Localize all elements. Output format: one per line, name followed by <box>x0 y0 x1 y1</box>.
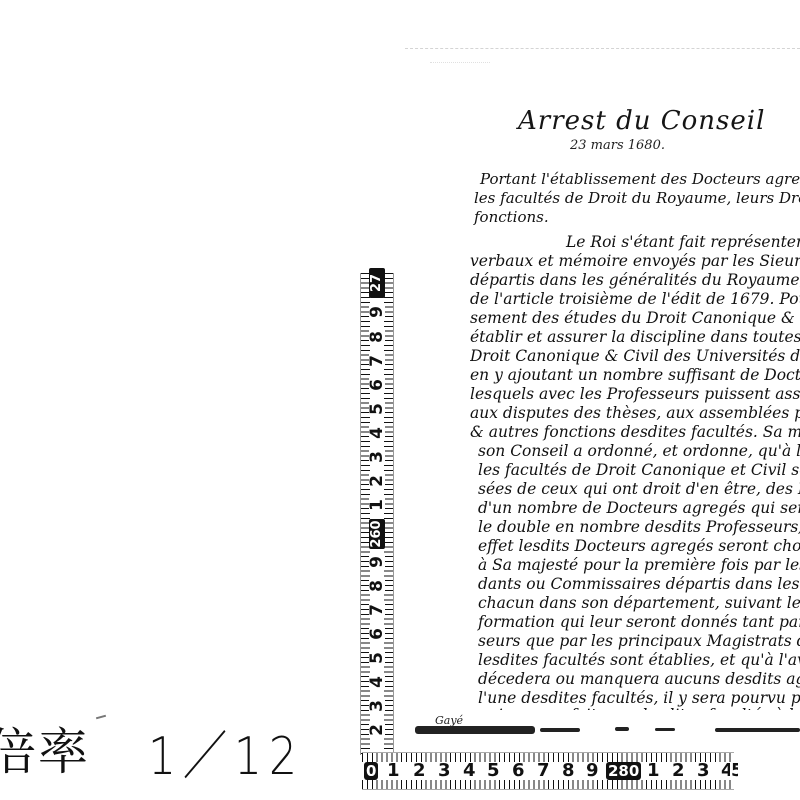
rubric-line: les facultés de Droit du Royaume, leurs … <box>474 189 800 207</box>
body-line: le double en nombre desdits Professeurs;… <box>478 518 800 536</box>
ruler-number: 4 <box>369 425 385 441</box>
ruler-number: 8 <box>369 578 385 594</box>
ruler-number: 2 <box>369 473 385 489</box>
scale-label: 倍率 <box>0 712 90 784</box>
ruler-number: 8 <box>369 329 385 345</box>
ruler-number: 9 <box>369 304 385 320</box>
body-line: l'une desdites facultés, il y sera pourv… <box>478 689 800 707</box>
ruler-number: 7 <box>369 602 385 618</box>
body-line: de l'article troisième de l'édit de 1679… <box>470 290 800 308</box>
ruler-number: 4 <box>462 762 477 780</box>
ruler-number: 3 <box>696 762 711 780</box>
ruler-ticks <box>362 780 734 789</box>
page-top-edge <box>405 48 800 51</box>
body-line: sement des études du Droit Canonique & c… <box>470 309 800 327</box>
body-line: Le Roi s'étant fait représenter les p <box>566 233 800 251</box>
page-bottom-smudge <box>415 726 800 736</box>
ruler-number: 3 <box>369 449 385 465</box>
body-line: les facultés de Droit Canonique et Civil… <box>478 461 800 479</box>
manuscript-page: Arrest du Conseil 23 mars 1680. Portant … <box>470 100 800 710</box>
ruler-number: 2 <box>671 762 686 780</box>
ruler-number: 2 <box>369 722 385 738</box>
ruler-number: 5 <box>730 762 738 780</box>
body-line: en y ajoutant un nombre suffisant de Doc… <box>470 366 800 384</box>
ruler-number: 9 <box>369 554 385 570</box>
body-line: & autres fonctions desdites facultés. Sa… <box>470 423 800 441</box>
stray-mark <box>96 715 106 720</box>
ruler-number: 8 <box>561 762 576 780</box>
rubric-line: Portant l'établissement des Docteurs agr… <box>480 170 800 188</box>
body-line: à Sa majesté pour la première fois par l… <box>478 556 800 574</box>
vertical-ruler: 27 9 8 7 6 5 4 3 2 1 260 9 8 7 6 5 4 3 2 <box>360 273 394 755</box>
scale-ratio: 1／12 <box>148 714 304 789</box>
ruler-number: 5 <box>369 650 385 666</box>
ruler-number: 6 <box>369 377 385 393</box>
manuscript-title: Arrest du Conseil <box>518 106 765 136</box>
ruler-number: 1 <box>646 762 661 780</box>
horizontal-ruler: 0 1 2 3 4 5 6 7 8 9 280 1 2 3 4 5 <box>362 752 734 790</box>
page-edge-mark <box>430 62 490 64</box>
body-line: qui en sera faite par lesdites facultés … <box>478 706 800 710</box>
ruler-number: 9 <box>585 762 600 780</box>
ruler-number: 7 <box>536 762 551 780</box>
ruler-number: 5 <box>486 762 501 780</box>
ruler-number: 1 <box>386 762 401 780</box>
ruler-number: 0 <box>364 762 378 780</box>
body-line: d'un nombre de Docteurs agregés qui sero… <box>478 499 800 517</box>
body-line: dants ou Commissaires départis dans les … <box>478 575 800 593</box>
ruler-number: 6 <box>511 762 526 780</box>
body-line: départis dans les généralités du Royaume… <box>470 271 800 289</box>
body-line: établir et assurer la discipline dans to… <box>470 328 800 346</box>
body-line: chacun dans son département, suivant les… <box>478 594 800 612</box>
body-line: formation qui leur seront donnés tant pa… <box>478 613 800 631</box>
body-line: décedera ou manquera aucuns desdits agre… <box>478 670 800 688</box>
ruler-number: 7 <box>369 353 385 369</box>
ruler-number: 2 <box>412 762 427 780</box>
rubric-line: fonctions. <box>474 208 549 226</box>
ruler-number: 27 <box>369 268 385 298</box>
body-line: Droit Canonique & Civil des Universités … <box>470 347 800 365</box>
body-line: lesquels avec les Professeurs puissent a… <box>470 385 800 403</box>
ruler-number: 1 <box>369 497 385 513</box>
body-line: sées de ceux qui ont droit d'en être, de… <box>478 480 800 498</box>
ruler-number: 5 <box>369 401 385 417</box>
ruler-number: 280 <box>606 762 641 780</box>
body-line: effet lesdits Docteurs agregés seront ch… <box>478 537 800 555</box>
ruler-number: 3 <box>437 762 452 780</box>
ruler-number: 6 <box>369 626 385 642</box>
ruler-number: 3 <box>369 698 385 714</box>
manuscript-date: 23 mars 1680. <box>570 138 665 153</box>
body-line: verbaux et mémoire envoyés par les Sieur… <box>470 252 800 270</box>
body-line: aux disputes des thèses, aux assemblées … <box>470 404 800 422</box>
ruler-number: 260 <box>369 519 385 549</box>
body-line: seurs que par les principaux Magistrats … <box>478 632 800 650</box>
body-line: lesdites facultés sont établies, et qu'à… <box>478 651 800 669</box>
ruler-number: 4 <box>369 674 385 690</box>
body-line: son Conseil a ordonné, et ordonne, qu'à … <box>478 442 800 460</box>
